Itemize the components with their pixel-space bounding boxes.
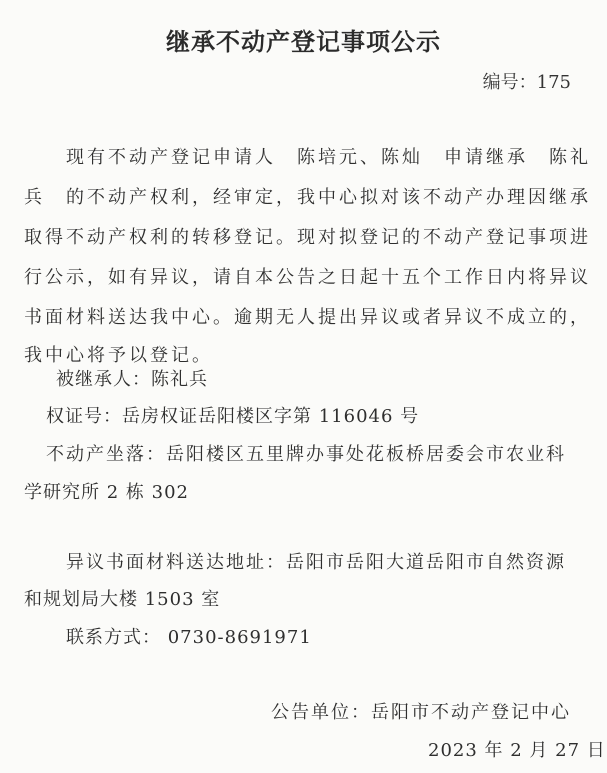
decedent: 被继承人：陈礼兵 bbox=[56, 365, 208, 391]
issuing-unit: 公告单位：岳阳市不动产登记中心 bbox=[271, 698, 571, 724]
body-line: 我中心将予以登记。 bbox=[24, 341, 213, 367]
notice-title: 继承不动产登记事项公示 bbox=[0, 22, 607, 57]
body-line: 取得不动产权利的转移登记。现对拟登记的不动产登记事项进 bbox=[24, 223, 591, 249]
property-location: 不动产坐落：岳阳楼区五里牌办事处花板桥居委会市农业科 bbox=[46, 440, 566, 466]
contact-phone: 联系方式： 0730-8691971 bbox=[66, 623, 312, 649]
issue-date: 2023 年 2 月 27 日 bbox=[428, 736, 606, 762]
body-line: 现有不动产登记申请人 陈培元、陈灿 申请继承 陈礼 bbox=[66, 143, 591, 169]
property-location-cont: 学研究所 2 栋 302 bbox=[24, 478, 189, 504]
body-line: 兵 的不动产权利，经审定，我中心拟对该不动产办理因继承 bbox=[24, 183, 591, 209]
objection-address-cont: 和规划局大楼 1503 室 bbox=[24, 585, 220, 611]
body-line: 书面材料送达我中心。逾期无人提出异议或者异议不成立的， bbox=[24, 303, 591, 329]
certificate-number: 权证号：岳房权证岳阳楼区字第 116046 号 bbox=[46, 402, 419, 428]
body-line: 行公示，如有异议，请自本公告之日起十五个工作日内将异议 bbox=[24, 263, 591, 289]
objection-address: 异议书面材料送达地址：岳阳市岳阳大道岳阳市自然资源 bbox=[66, 548, 566, 574]
serial-number: 编号：175 bbox=[483, 68, 571, 94]
